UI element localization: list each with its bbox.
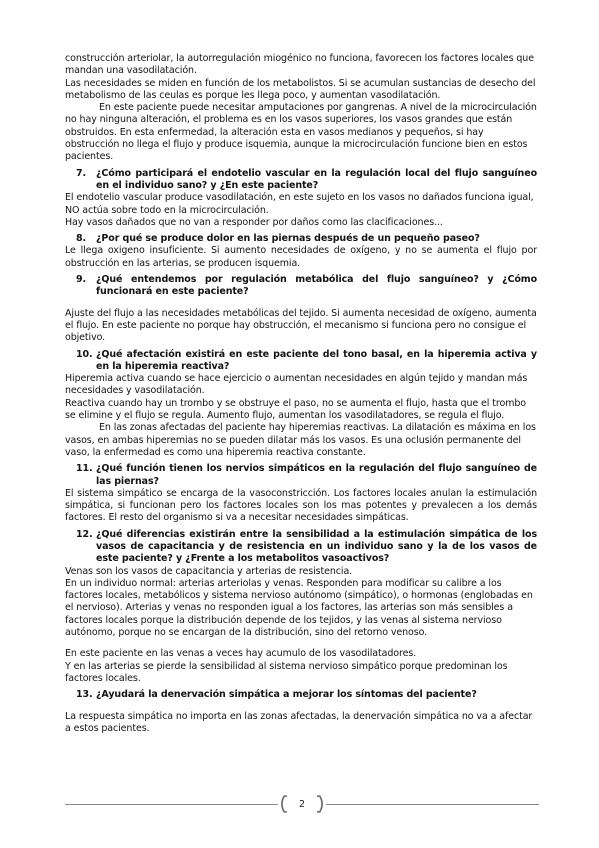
question-number: 8. [65, 233, 96, 245]
question-number: 12. [65, 529, 96, 566]
question-number: 7. [65, 168, 96, 193]
paragraph: construcción arteriolar, la autorregulac… [65, 53, 537, 78]
paragraph: Reactiva cuando hay un trombo y se obstr… [65, 398, 537, 423]
spacer [65, 639, 537, 648]
paragraph: La respuesta simpática no importa en las… [65, 711, 537, 736]
paragraph: Le llega oxigeno insuficiente. Si aument… [65, 245, 537, 270]
question-text: ¿Cómo participará el endotelio vascular … [96, 168, 537, 193]
paragraph: En este paciente en las venas a veces ha… [65, 648, 537, 660]
page-footer: 2 [65, 795, 539, 813]
question-heading: 13.¿Ayudará la denervación simpática a m… [65, 689, 537, 701]
question-heading: 11.¿Qué función tienen los nervios simpá… [65, 463, 537, 488]
question-heading: 9.¿Qué entendemos por regulación metaból… [65, 274, 537, 299]
question-heading: 8.¿Por qué se produce dolor en las piern… [65, 233, 537, 245]
question-text: ¿Qué diferencias existirán entre la sens… [96, 529, 537, 566]
paragraph: Hiperemia activa cuando se hace ejercici… [65, 373, 537, 398]
question-number: 11. [65, 463, 96, 488]
paragraph: Venas son los vasos de capacitancia y ar… [65, 566, 537, 578]
paragraph: Las necesidades se miden en función de l… [65, 78, 537, 103]
page-number: 2 [288, 799, 316, 810]
footer-rule-left [65, 804, 278, 805]
question-number: 10. [65, 349, 96, 374]
question-heading: 12.¿Qué diferencias existirán entre la s… [65, 529, 537, 566]
paragraph: Hay vasos dañados que no van a responder… [65, 217, 537, 229]
right-round-bracket-icon [316, 795, 326, 813]
footer-rule-right [326, 804, 539, 805]
paragraph: Ajuste del flujo a las necesidades metab… [65, 308, 537, 345]
paragraph: En las zonas afectadas del paciente hay … [65, 422, 537, 459]
document-content: construcción arteriolar, la autorregulac… [65, 53, 537, 735]
question-number: 9. [65, 274, 96, 299]
question-text: ¿Qué función tienen los nervios simpátic… [96, 463, 537, 488]
question-text: ¿Por qué se produce dolor en las piernas… [96, 233, 537, 245]
question-heading: 7.¿Cómo participará el endotelio vascula… [65, 168, 537, 193]
question-text: ¿Ayudará la denervación simpática a mejo… [96, 689, 537, 701]
document-page: construcción arteriolar, la autorregulac… [0, 0, 599, 848]
spacer [65, 299, 537, 308]
left-round-bracket-icon [278, 795, 288, 813]
question-text: ¿Qué entendemos por regulación metabólic… [96, 274, 537, 299]
spacer [65, 702, 537, 711]
paragraph: El endotelio vascular produce vasodilata… [65, 192, 537, 217]
paragraph: El sistema simpático se encarga de la va… [65, 488, 537, 525]
paragraph: En un individuo normal: arterias arterio… [65, 578, 537, 639]
question-heading: 10.¿Qué afectación existirá en este paci… [65, 349, 537, 374]
paragraph: En este paciente puede necesitar amputac… [65, 102, 537, 163]
question-text: ¿Qué afectación existirá en este pacient… [96, 349, 537, 374]
question-number: 13. [65, 689, 96, 701]
paragraph: Y en las arterias se pierde la sensibili… [65, 661, 537, 686]
